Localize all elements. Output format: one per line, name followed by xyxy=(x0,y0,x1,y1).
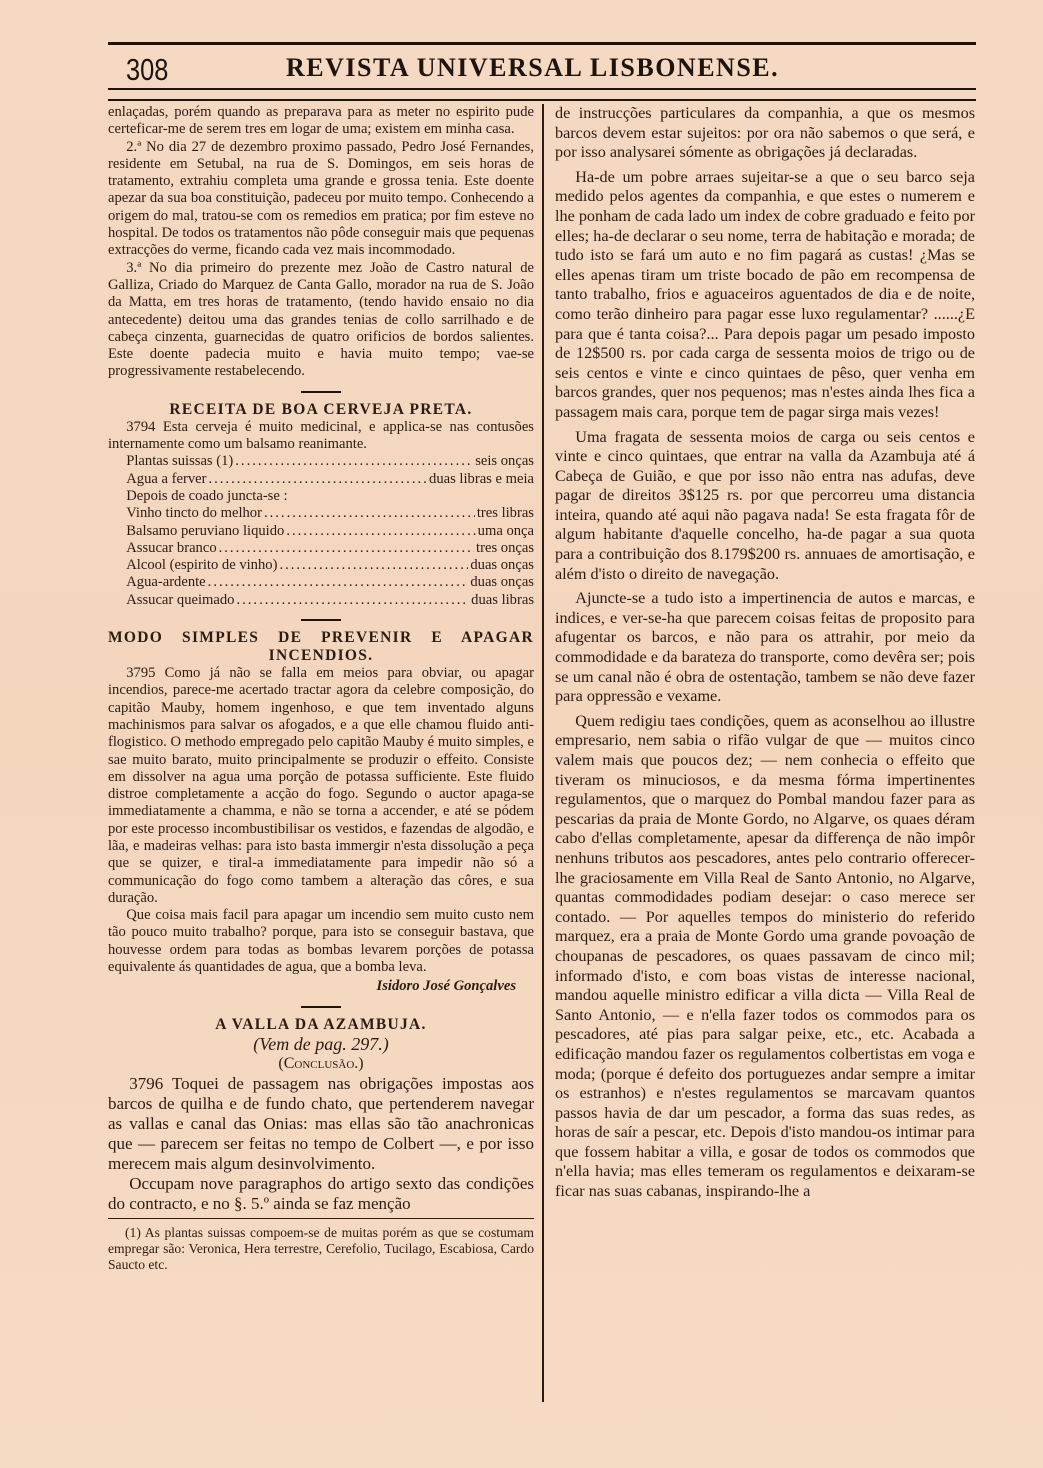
column-divider xyxy=(542,104,544,1402)
fire-paragraph-2: Que coisa mais facil para apagar um ince… xyxy=(108,907,534,976)
page-header: 308 REVISTA UNIVERSAL LISBONENSE. xyxy=(108,50,976,86)
header-bottom-rule xyxy=(108,88,976,90)
recipe-ingredient: Balsamo peruviano liquidouma onça xyxy=(108,523,534,540)
header-double-rule xyxy=(108,99,976,101)
fire-paragraph-1: 3795 Como já não se falla em meios para … xyxy=(108,665,534,907)
conclusion-label: (Conclusão.) xyxy=(108,1054,534,1074)
page-number: 308 xyxy=(126,52,168,88)
newspaper-page: 308 REVISTA UNIVERSAL LISBONENSE. enlaça… xyxy=(0,0,1043,1468)
section-separator xyxy=(301,619,341,621)
recipe-ingredient: Agua a ferverduas libras e meia xyxy=(108,471,534,488)
running-title: REVISTA UNIVERSAL LISBONENSE. xyxy=(286,53,779,83)
footnote-rule xyxy=(108,1218,534,1219)
case-2-paragraph: 2.ª No dia 27 de dezembro proximo passad… xyxy=(108,139,534,260)
continued-paragraph: de instrucções particulares da companhia… xyxy=(555,104,975,163)
recipe-ingredient: Alcool (espirito de vinho)duas onças xyxy=(108,557,534,574)
recipe-ingredient: Assucar brancotres onças xyxy=(108,540,534,557)
footnote: (1) As plantas suissas compoem-se de mui… xyxy=(108,1225,534,1273)
recipe-note: Depois de coado juncta-se : xyxy=(108,488,534,505)
fragata-paragraph: Uma fragata de sessenta moios de carga o… xyxy=(555,428,975,585)
valla-article-title: A VALLA DA AZAMBUJA. xyxy=(108,1016,534,1034)
header-top-rule xyxy=(108,42,976,45)
case-3-paragraph: 3.ª No dia primeiro do prezente mez João… xyxy=(108,260,534,381)
valla-paragraph-1: 3796 Toquei de passagem nas obrigações i… xyxy=(108,1074,534,1174)
right-column: de instrucções particulares da companhia… xyxy=(555,104,975,1202)
continued-paragraph: enlaçadas, porém quando as preparava par… xyxy=(108,104,534,139)
arraes-paragraph: Ha-de um pobre arraes sujeitar-se a que … xyxy=(555,168,975,423)
recipe-title: RECEITA DE BOA CERVEJA PRETA. xyxy=(108,401,534,419)
recipe-intro: 3794 Esta cerveja é muito medicinal, e a… xyxy=(108,419,534,454)
recipe-ingredient: Assucar queimadoduas libras xyxy=(108,592,534,609)
fire-article-title: MODO SIMPLES DE PREVENIR E APAGAR INCEND… xyxy=(108,629,534,665)
recipe-ingredient: Vinho tincto do melhortres libras xyxy=(108,505,534,522)
continued-from-note: (Vem de pag. 297.) xyxy=(108,1034,534,1054)
left-column: enlaçadas, porém quando as preparava par… xyxy=(108,104,534,1273)
impertinencia-paragraph: Ajuncte-se a tudo isto a impertinencia d… xyxy=(555,589,975,707)
recipe-ingredient: Plantas suissas (1)seis onças xyxy=(108,453,534,470)
section-separator xyxy=(301,391,341,393)
pombal-paragraph: Quem redigiu taes condições, quem as aco… xyxy=(555,712,975,1202)
valla-paragraph-2: Occupam nove paragraphos do artigo sexto… xyxy=(108,1174,534,1214)
section-separator xyxy=(301,1006,341,1008)
author-signature: Isidoro José Gonçalves xyxy=(108,978,534,995)
recipe-ingredient: Agua-ardenteduas onças xyxy=(108,574,534,591)
